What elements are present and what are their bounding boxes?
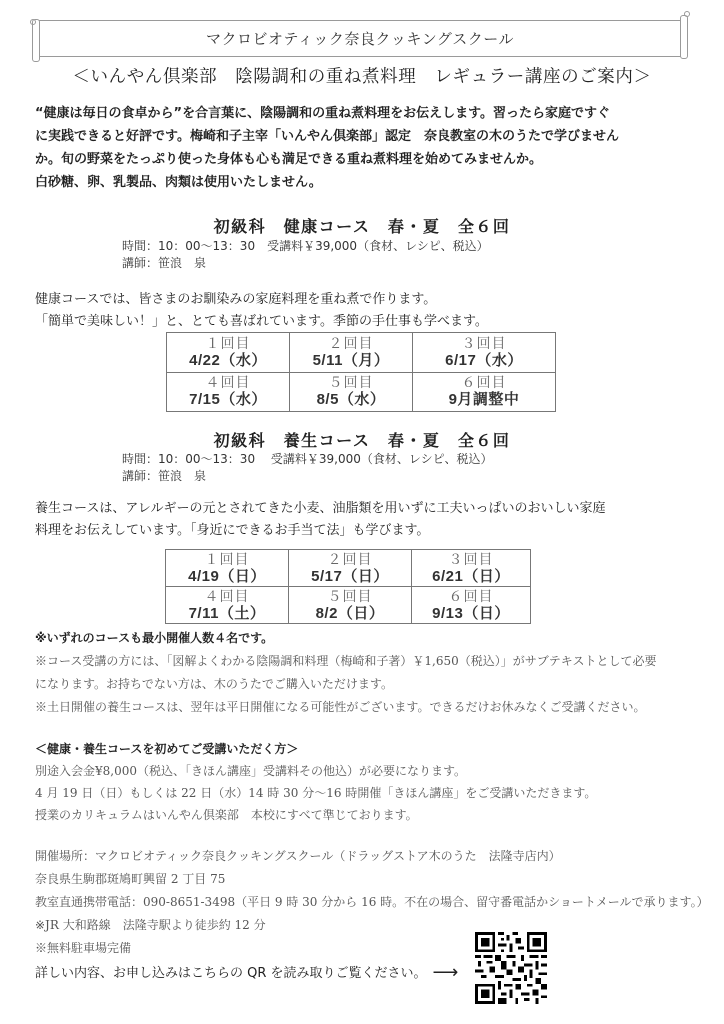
description-line: 「簡単で美味しい！」と、とても喜ばれています。季節の手仕事も学べます。 xyxy=(35,311,700,333)
session-date: 4/19（日） xyxy=(166,567,288,586)
description-line: 健康コースでは、皆さまのお馴染みの家庭料理を重ね煮で作ります。 xyxy=(35,289,700,311)
course-instructor: 講師：笹浪 泉 xyxy=(122,468,492,485)
session-label: ２回目 xyxy=(289,551,411,567)
course-title-kenko: 初級科 健康コース 春・夏 全６回 xyxy=(0,214,724,237)
first-time-section: ＜健康・養生コースを初めてご受講いただく方＞ 別途入会金¥8,000（税込、「き… xyxy=(35,738,710,826)
session-cell: ３回目 6/17（水） xyxy=(413,333,556,373)
session-cell: ６回目 9月調整中 xyxy=(413,372,556,412)
course-description-kenko: 健康コースでは、皆さまのお馴染みの家庭料理を重ね煮で作ります。 「簡単で美味しい… xyxy=(35,289,700,333)
session-cell: ６回目 9/13（日） xyxy=(412,587,531,624)
intro-line: に実践できると好評です。梅崎和子主宰「いんやん倶楽部」認定 奈良教室の木のうたで… xyxy=(35,125,700,148)
intro-paragraph: “健康は毎日の食卓から”を合言葉に、陰陽調和の重ね煮料理をお伝えします。習ったら… xyxy=(35,102,700,194)
session-date: 4/22（水） xyxy=(167,351,289,370)
session-cell: １回目 4/19（日） xyxy=(166,550,289,587)
session-label: ３回目 xyxy=(413,335,555,351)
session-cell: ２回目 5/17（日） xyxy=(289,550,412,587)
venue-address: 奈良県生駒郡斑鳩町興留 2 丁目 75 xyxy=(35,868,710,891)
session-date: 9/13（日） xyxy=(412,604,530,623)
description-line: 料理をお伝えしています。「身近にできるお手当て法」も学びます。 xyxy=(35,520,700,542)
header-banner: マクロビオティック奈良クッキングスクール xyxy=(36,20,684,57)
course-description-yojo: 養生コースは、アレルギーの元とされてきた小麦、油脂類を用いずに工夫いっぱいのおい… xyxy=(35,498,700,542)
session-date: 5/11（月） xyxy=(290,351,412,370)
session-date: 7/11（土） xyxy=(166,604,288,623)
session-cell: ５回目 8/5（水） xyxy=(290,372,413,412)
session-label: ４回目 xyxy=(167,374,289,390)
note-textbook-cont: になります。お持ちでない方は、木のうたでご購入いただけます。 xyxy=(35,673,710,696)
session-date: 9月調整中 xyxy=(413,390,555,409)
qr-code-icon[interactable] xyxy=(475,932,547,1004)
venue-location: 開催場所：マクロビオティック奈良クッキングスクール（ドラッグストア木のうた 法隆… xyxy=(35,845,710,868)
intro-line: “健康は毎日の食卓から”を合言葉に、陰陽調和の重ね煮料理をお伝えします。習ったら… xyxy=(35,102,700,125)
course-time: 時間：10：00～13：30 受講料￥39,000（食材、レシピ、税込） xyxy=(122,451,492,468)
session-label: ３回目 xyxy=(412,551,530,567)
venue-section: 開催場所：マクロビオティック奈良クッキングスクール（ドラッグストア木のうた 法隆… xyxy=(35,845,710,960)
session-label: ５回目 xyxy=(289,588,411,604)
session-date: 6/17（水） xyxy=(413,351,555,370)
school-name: マクロビオティック奈良クッキングスクール xyxy=(36,28,684,49)
session-date: 7/15（水） xyxy=(167,390,289,409)
intro-line: か。旬の野菜をたっぷり使った身体も心も満足できる重ね煮料理を始めてみませんか。 xyxy=(35,148,700,171)
session-label: ４回目 xyxy=(166,588,288,604)
venue-parking: ※無料駐車場完備 xyxy=(35,937,710,960)
note-weekend: ※土日開催の養生コースは、翌年は平日開催になる可能性がございます。できるだけお休… xyxy=(35,696,710,719)
first-time-line: 別途入会金¥8,000（税込、「きほん講座」受講料その他込）が必要になります。 xyxy=(35,760,710,782)
course-instructor: 講師：笹浪 泉 xyxy=(122,255,489,272)
session-label: ２回目 xyxy=(290,335,412,351)
description-line: 養生コースは、アレルギーの元とされてきた小麦、油脂類を用いずに工夫いっぱいのおい… xyxy=(35,498,700,520)
session-date: 8/2（日） xyxy=(289,604,411,623)
course-meta-yojo: 時間：10：00～13：30 受講料￥39,000（食材、レシピ、税込） 講師：… xyxy=(122,451,492,485)
session-cell: ４回目 7/15（水） xyxy=(167,372,290,412)
note-minimum-participants: ※いずれのコースも最小開催人数４名です。 xyxy=(35,627,710,650)
notes-section: ※いずれのコースも最小開催人数４名です。 ※コース受講の方には、「図解よくわかる… xyxy=(35,627,710,719)
course-title-yojo: 初級科 養生コース 春・夏 全６回 xyxy=(0,428,724,451)
first-time-heading: ＜健康・養生コースを初めてご受講いただく方＞ xyxy=(35,738,710,760)
session-cell: ４回目 7/11（土） xyxy=(166,587,289,624)
schedule-table-yojo: １回目 4/19（日） ２回目 5/17（日） ３回目 6/21（日） ４回目 … xyxy=(165,549,531,624)
session-date: 5/17（日） xyxy=(289,567,411,586)
venue-phone: 教室直通携帯電話：090-8651-3498（平日 9 時 30 分から 16 … xyxy=(35,891,710,914)
page-title: ＜いんやん倶楽部 陰陽調和の重ね煮料理 レギュラー講座のご案内＞ xyxy=(0,63,724,88)
course-meta-kenko: 時間：10：00～13：30 受講料￥39,000（食材、レシピ、税込） 講師：… xyxy=(122,238,489,272)
session-label: １回目 xyxy=(167,335,289,351)
session-date: 6/21（日） xyxy=(412,567,530,586)
course-time: 時間：10：00～13：30 受講料￥39,000（食材、レシピ、税込） xyxy=(122,238,489,255)
qr-cta: 詳しい内容、お申し込みはこちらの QR を読み取りご覧ください。⟶ xyxy=(35,962,458,983)
first-time-line: 授業のカリキュラムはいんやん倶楽部 本校にすべて準じております。 xyxy=(35,804,710,826)
session-label: ６回目 xyxy=(412,588,530,604)
schedule-table-kenko: １回目 4/22（水） ２回目 5/11（月） ３回目 6/17（水） ４回目 … xyxy=(166,332,556,412)
session-cell: １回目 4/22（水） xyxy=(167,333,290,373)
session-cell: ３回目 6/21（日） xyxy=(412,550,531,587)
session-label: ５回目 xyxy=(290,374,412,390)
arrow-right-icon: ⟶ xyxy=(433,962,459,983)
venue-access: ※JR 大和路線 法隆寺駅より徒歩約 12 分 xyxy=(35,914,710,937)
intro-line: 白砂糖、卵、乳製品、肉類は使用いたしません。 xyxy=(35,171,700,194)
session-date: 8/5（水） xyxy=(290,390,412,409)
session-cell: ５回目 8/2（日） xyxy=(289,587,412,624)
first-time-line: 4 月 19 日（日）もしくは 22 日（水）14 時 30 分～16 時開催「… xyxy=(35,782,710,804)
session-label: １回目 xyxy=(166,551,288,567)
session-cell: ２回目 5/11（月） xyxy=(290,333,413,373)
note-textbook: ※コース受講の方には、「図解よくわかる陰陽調和料理（梅崎和子著）￥1,650（税… xyxy=(35,650,710,673)
cta-text: 詳しい内容、お申し込みはこちらの QR を読み取りご覧ください。 xyxy=(35,966,427,981)
session-label: ６回目 xyxy=(413,374,555,390)
